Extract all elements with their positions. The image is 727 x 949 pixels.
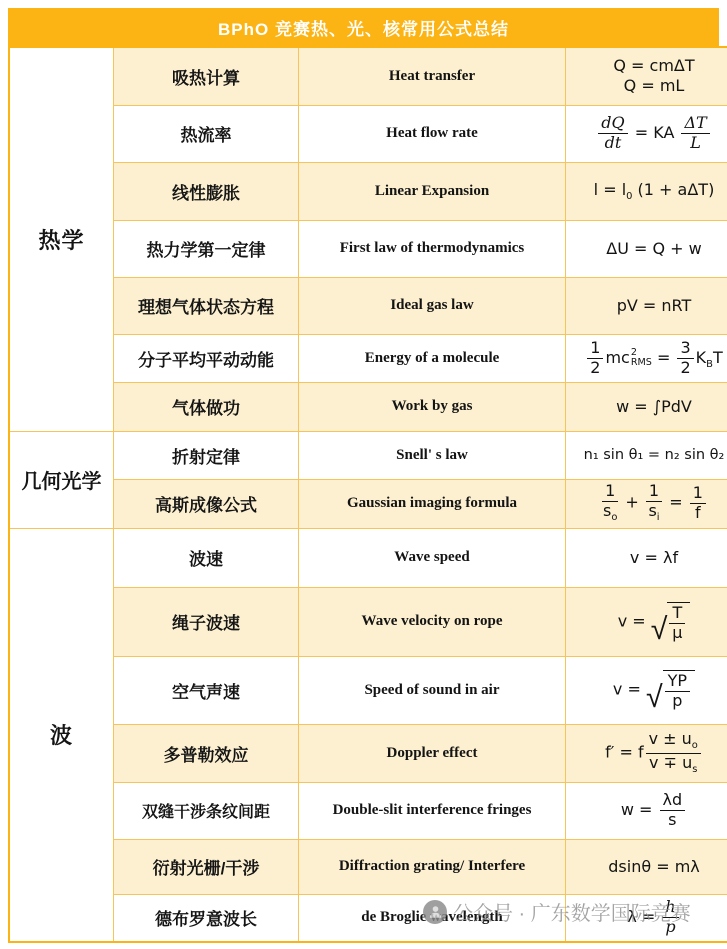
row4-name-en: First law of thermodynamics bbox=[299, 220, 566, 277]
row15-formula: dsinθ = mλ bbox=[566, 839, 727, 894]
row15-name-cn: 衍射光栅/干涉 bbox=[114, 839, 299, 894]
row10-name-en: Wave speed bbox=[299, 528, 566, 587]
table-row: 分子平均平动动能 Energy of a molecule 12mc2RMS =… bbox=[9, 334, 727, 382]
row16-name-en: de Broglie wavelength bbox=[299, 894, 566, 942]
table-row: 热流率 Heat flow rate dQdt = KA ΔTL bbox=[9, 105, 727, 162]
row4-name-cn: 热力学第一定律 bbox=[114, 220, 299, 277]
row8-name-en: Snell' s law bbox=[299, 431, 566, 479]
table-row: 理想气体状态方程 Ideal gas law pV = nRT bbox=[9, 277, 727, 334]
row1-name-cn: 吸热计算 bbox=[114, 47, 299, 105]
formula-text: l = l bbox=[594, 180, 626, 199]
row14-name-cn: 双缝干涉条纹间距 bbox=[114, 782, 299, 839]
formula-sheet: BPhO 竞赛热、光、核常用公式总结 热学 吸热计算 Heat transfer… bbox=[8, 8, 719, 941]
row16-formula: λ = hp bbox=[566, 894, 727, 942]
row5-name-cn: 理想气体状态方程 bbox=[114, 277, 299, 334]
table-row: 绳子波速 Wave velocity on rope v = √Tμ bbox=[9, 587, 727, 656]
row9-name-en: Gaussian imaging formula bbox=[299, 479, 566, 528]
formula-text: PdV bbox=[661, 397, 692, 416]
row14-name-en: Double-slit interference fringes bbox=[299, 782, 566, 839]
row6-name-cn: 分子平均平动动能 bbox=[114, 334, 299, 382]
formula-text: = bbox=[669, 493, 682, 512]
table-row: 衍射光栅/干涉 Diffraction grating/ Interfere d… bbox=[9, 839, 727, 894]
table-row: 热学 吸热计算 Heat transfer Q = cmΔT Q = mL bbox=[9, 47, 727, 105]
square-root: √YPp bbox=[646, 670, 695, 710]
row10-name-cn: 波速 bbox=[114, 528, 299, 587]
table-row: 高斯成像公式 Gaussian imaging formula 1so + 1s… bbox=[9, 479, 727, 528]
row1-formula: Q = cmΔT Q = mL bbox=[566, 47, 727, 105]
row3-name-cn: 线性膨胀 bbox=[114, 162, 299, 220]
row12-name-en: Speed of sound in air bbox=[299, 656, 566, 724]
subscript: B bbox=[706, 359, 713, 370]
row11-name-cn: 绳子波速 bbox=[114, 587, 299, 656]
table-row: 线性膨胀 Linear Expansion l = l0 (1 + aΔT) bbox=[9, 162, 727, 220]
fraction: dQdt bbox=[598, 115, 627, 152]
formula-text: w = bbox=[621, 800, 653, 819]
category-thermal: 热学 bbox=[9, 47, 114, 431]
formula-line: Q = cmΔT bbox=[570, 56, 727, 76]
fraction: ΔTL bbox=[681, 115, 709, 152]
row8-name-cn: 折射定律 bbox=[114, 431, 299, 479]
fraction: 12 bbox=[587, 340, 603, 377]
table-row: 几何光学 折射定律 Snell' s law n₁ sin θ₁ = n₂ si… bbox=[9, 431, 727, 479]
formula-text: K bbox=[696, 348, 707, 367]
row12-formula: v = √YPp bbox=[566, 656, 727, 724]
row15-name-en: Diffraction grating/ Interfere bbox=[299, 839, 566, 894]
row11-formula: v = √Tμ bbox=[566, 587, 727, 656]
formula-text: (1 + aΔT) bbox=[638, 180, 715, 199]
row6-formula: 12mc2RMS = 32KBT bbox=[566, 334, 727, 382]
table-row: 德布罗意波长 de Broglie wavelength λ = hp bbox=[9, 894, 727, 942]
row9-name-cn: 高斯成像公式 bbox=[114, 479, 299, 528]
row7-formula: w = ∫PdV bbox=[566, 382, 727, 431]
row7-name-en: Work by gas bbox=[299, 382, 566, 431]
fraction: λds bbox=[660, 792, 686, 829]
formula-text: mc bbox=[605, 348, 629, 367]
table-row: 热力学第一定律 First law of thermodynamics ΔU =… bbox=[9, 220, 727, 277]
row16-name-cn: 德布罗意波长 bbox=[114, 894, 299, 942]
integral-symbol: ∫ bbox=[653, 397, 661, 416]
table-row: 多普勒效应 Doppler effect f′ = fv ± uov ∓ us bbox=[9, 724, 727, 782]
formula-table: 热学 吸热计算 Heat transfer Q = cmΔT Q = mL 热流… bbox=[8, 46, 727, 943]
formula-line: Q = mL bbox=[570, 76, 727, 96]
formula-text: v = bbox=[613, 680, 641, 699]
fraction: 1f bbox=[690, 485, 706, 522]
table-row: 波 波速 Wave speed v = λf bbox=[9, 528, 727, 587]
category-geometric-optics: 几何光学 bbox=[9, 431, 114, 528]
page-title: BPhO 竞赛热、光、核常用公式总结 bbox=[8, 8, 719, 46]
formula-text: = KA bbox=[635, 123, 675, 142]
row14-formula: w = λds bbox=[566, 782, 727, 839]
subscript: 0 bbox=[626, 191, 632, 202]
row11-name-en: Wave velocity on rope bbox=[299, 587, 566, 656]
row2-formula: dQdt = KA ΔTL bbox=[566, 105, 727, 162]
row7-name-cn: 气体做功 bbox=[114, 382, 299, 431]
table-row: 双缝干涉条纹间距 Double-slit interference fringe… bbox=[9, 782, 727, 839]
fraction: v ± uov ∓ us bbox=[646, 731, 701, 775]
table-row: 空气声速 Speed of sound in air v = √YPp bbox=[9, 656, 727, 724]
formula-text: v = bbox=[618, 611, 646, 630]
formula-text: f′ = f bbox=[605, 743, 643, 762]
row13-name-cn: 多普勒效应 bbox=[114, 724, 299, 782]
fraction: 1so bbox=[602, 483, 618, 523]
square-root: √Tμ bbox=[651, 602, 690, 642]
row6-name-en: Energy of a molecule bbox=[299, 334, 566, 382]
row3-name-en: Linear Expansion bbox=[299, 162, 566, 220]
row5-formula: pV = nRT bbox=[566, 277, 727, 334]
formula-text: w = bbox=[616, 397, 648, 416]
table-row: 气体做功 Work by gas w = ∫PdV bbox=[9, 382, 727, 431]
row8-formula: n₁ sin θ₁ = n₂ sin θ₂ bbox=[566, 431, 727, 479]
row2-name-en: Heat flow rate bbox=[299, 105, 566, 162]
formula-text: = bbox=[657, 348, 670, 367]
row13-name-en: Doppler effect bbox=[299, 724, 566, 782]
row3-formula: l = l0 (1 + aΔT) bbox=[566, 162, 727, 220]
row5-name-en: Ideal gas law bbox=[299, 277, 566, 334]
fraction: hp bbox=[662, 899, 678, 936]
formula-text: λ = bbox=[627, 907, 655, 926]
row2-name-cn: 热流率 bbox=[114, 105, 299, 162]
row10-formula: v = λf bbox=[566, 528, 727, 587]
row9-formula: 1so + 1si = 1f bbox=[566, 479, 727, 528]
formula-text: T bbox=[713, 348, 723, 367]
row13-formula: f′ = fv ± uov ∓ us bbox=[566, 724, 727, 782]
formula-text: + bbox=[625, 493, 638, 512]
fraction: 32 bbox=[677, 340, 693, 377]
row12-name-cn: 空气声速 bbox=[114, 656, 299, 724]
row1-name-en: Heat transfer bbox=[299, 47, 566, 105]
category-waves: 波 bbox=[9, 528, 114, 942]
fraction: 1si bbox=[646, 483, 662, 523]
row4-formula: ΔU = Q + w bbox=[566, 220, 727, 277]
sup-sub-stack: 2RMS bbox=[631, 348, 652, 368]
